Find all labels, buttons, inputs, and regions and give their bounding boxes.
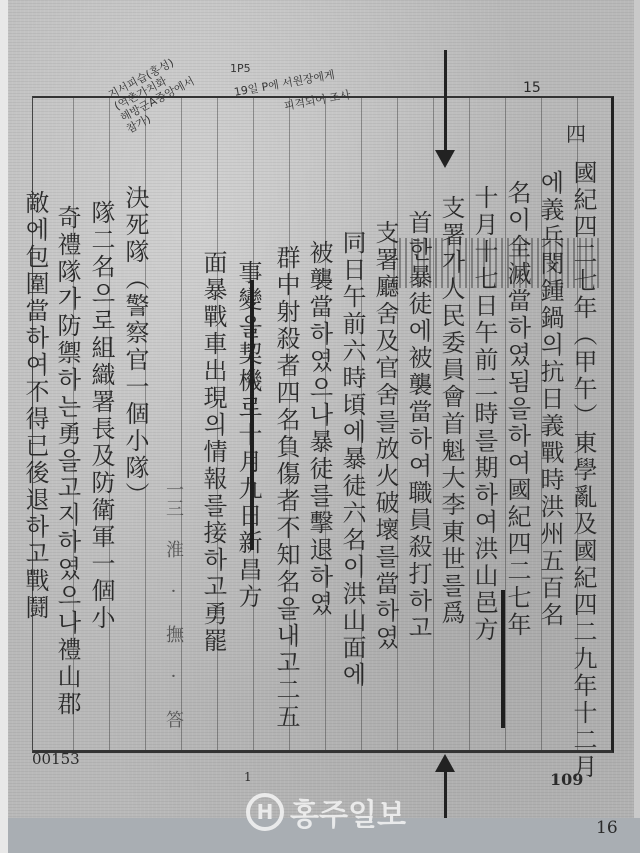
text-column-8: 同日午前六時頃에暴徒六名이洪山面에 (337, 230, 367, 689)
text-column-14: 隊二名으로組織署長及防衛軍一個小 (86, 200, 116, 632)
text-column-7: 支署廳舍及官舍를放火破壞를當하였 (370, 220, 400, 652)
text-column-6: 首한暴徒에被襲當하여職員殺打하고 (403, 210, 433, 642)
small-text-column: 一三 淮 · 撫 · 答 (158, 480, 188, 729)
text-column-5: 支署가人民委員會首魁大李東世를爲 (436, 195, 466, 627)
text-column-1: 國紀四二七年（甲午）東學亂及國紀四二九年十二月 (568, 160, 598, 781)
text-column-15: 奇禮隊가防禦하는勇을고지하였으나禮山郡 (52, 205, 82, 718)
archive-code: 00153 (32, 750, 80, 768)
corner-mark: 四 (566, 118, 586, 147)
top-annotation-1: 1P5 (230, 62, 251, 75)
hongju-logo-icon: H (246, 793, 284, 831)
marker-line (250, 280, 254, 550)
text-column-13: 決死隊（警察官一個小隊） (120, 185, 150, 509)
marker-line (501, 590, 505, 728)
text-column-9: 被襲當하였으나暴徒를擊退하였 (304, 240, 334, 618)
text-column-11: 事變을契機로十月九日新昌方 (233, 260, 263, 611)
text-column-10: 群中射殺者四名負傷者不知名을내고二五 (271, 245, 301, 731)
news-watermark: H 홍주일보 (246, 791, 406, 833)
text-column-3: 名이全滅當하였됨을하여國紀四二七年 (502, 180, 532, 639)
watermark-text: 홍주일보 (290, 790, 406, 834)
original-page-number: 109 (550, 770, 583, 789)
text-column-12: 面暴戰車出現의情報를接하고勇罷 (198, 250, 228, 655)
bottom-center-mark: 1 (244, 770, 252, 784)
top-note-number: 15 (523, 80, 541, 96)
down-arrow-icon (444, 50, 447, 160)
up-arrow-head-icon (435, 754, 455, 772)
down-arrow-head-icon (435, 150, 455, 168)
column-rule (433, 98, 434, 750)
text-column-2: 에義兵閔鍾鍋의抗日義戰時洪州五百名 (535, 170, 565, 629)
text-column-4: 十月十七日午前二時를期하여洪山邑方 (469, 185, 499, 644)
page-number: 16 (596, 818, 618, 838)
text-column-16: 敵에包圍當하여不得已後退하고戰鬪 (20, 190, 50, 622)
document-photocopy: 國紀四二七年（甲午）東學亂及國紀四二九年十二月 에義兵閔鍾鍋의抗日義戰時洪州五百… (8, 0, 634, 853)
